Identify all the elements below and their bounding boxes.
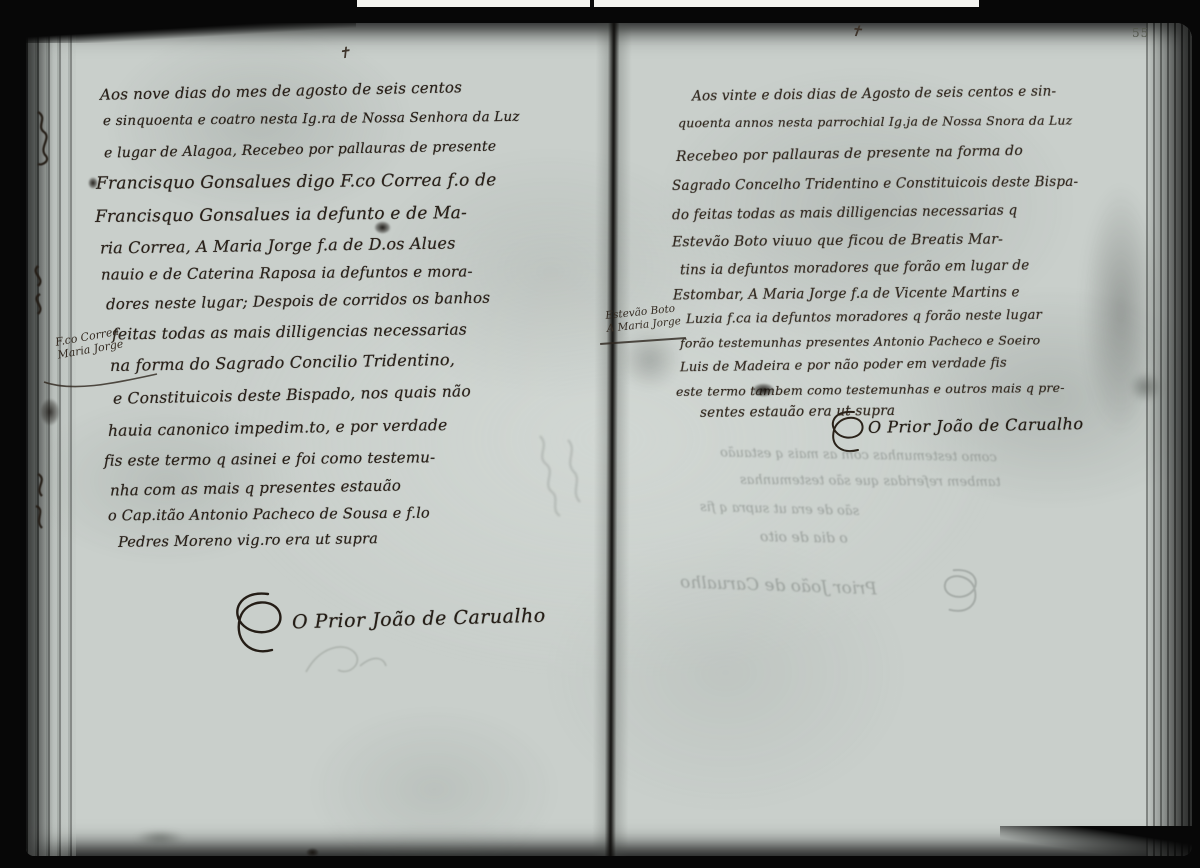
entry-line: o Cap.itão Antonio Pacheco de Sousa e f.… [108, 506, 430, 525]
signature-right: O Prior João de Carualho [868, 414, 1084, 437]
smudge-mark [135, 830, 185, 846]
ink-blot [306, 848, 319, 857]
edge-ink-fragment [30, 108, 56, 168]
ink-blot [88, 177, 98, 189]
entry-line: fis este termo q asinei e foi como teste… [104, 448, 436, 469]
frame-shadow-bottom-right [1000, 826, 1192, 856]
entry-line: Francisquo Gonsalues digo F.co Correa f.… [96, 170, 497, 193]
entry-line: quoenta annos nesta parrochial Ig.ja de … [678, 113, 1073, 131]
invocation-cross-icon: ✝ [849, 21, 863, 40]
bleedthrough-flourish-icon [936, 566, 984, 616]
bleedthrough-line: o dia de oito [760, 529, 848, 547]
bleedthrough-text: o dia de oito [760, 529, 848, 547]
paper-stain [620, 330, 680, 390]
entry-line: forão testemunhas presentes Antonio Pach… [680, 332, 1041, 350]
bleedthrough-text: tambem referidas que são testemunhas [740, 473, 1001, 490]
bleedthrough-line: tambem referidas que são testemunhas [740, 473, 1001, 490]
edge-ink-fragment [28, 468, 54, 534]
invocation-cross-icon: ✝ [337, 43, 352, 63]
entry-line: Estombar, A Maria Jorge f.a de Vicente M… [673, 284, 1020, 303]
entry-line: nauio e de Caterina Raposa ia defuntos e… [101, 262, 473, 283]
gutter-shadow [592, 23, 632, 856]
frame-shadow-top-left [26, 23, 356, 43]
folio-number: 55 [1132, 26, 1149, 40]
top-ruler-strip [357, 0, 979, 7]
rubric-flourish-icon [228, 588, 294, 660]
entry-line: Francisquo Gonsalues ia defunto e de Ma- [95, 203, 467, 227]
top-ruler-notch [590, 0, 594, 7]
ink-blot [752, 383, 775, 397]
ink-blot [40, 398, 60, 426]
page-edge-right [1146, 23, 1192, 856]
edge-ink-fragment [26, 262, 52, 322]
paper-stain [1082, 185, 1160, 435]
photo-frame: ✝ Aos nove dias do mes de agosto de seis… [0, 0, 1200, 868]
ghost-scribble [300, 636, 390, 682]
ghost-scribble [530, 430, 590, 520]
ink-blot [374, 221, 391, 234]
entry-line: Estevão Boto viuuo que ficou de Breatis … [672, 232, 1003, 251]
margin-bracket-stroke [42, 362, 162, 392]
